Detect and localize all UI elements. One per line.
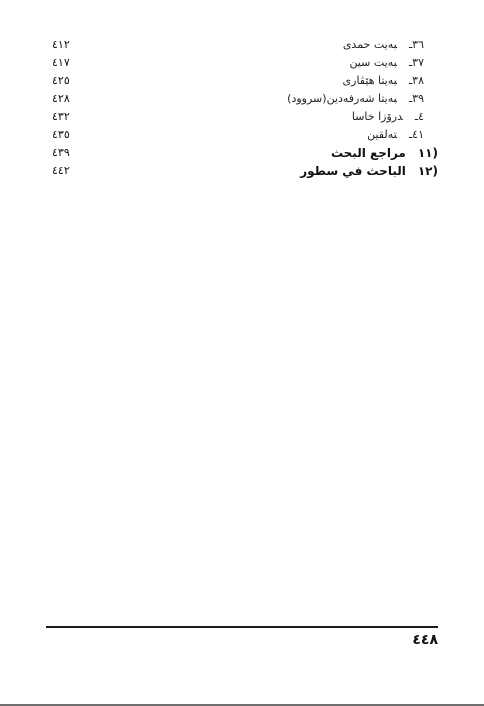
toc-entry-page: ٤٣٩ bbox=[52, 144, 88, 162]
toc-entry-page: ٤٤٢ bbox=[52, 162, 88, 180]
toc-entry-title: ٣٩ـبەیتا شەرفەدین(سروود) bbox=[287, 90, 424, 108]
toc-entry-number: ٤١ـ bbox=[409, 128, 424, 141]
toc-entry-title: (١٢الباحث في سطور bbox=[300, 162, 438, 180]
toc-entry: (١٢الباحث في سطور ٤٤٢ bbox=[52, 162, 438, 180]
footer-rule bbox=[46, 626, 438, 628]
toc-entry-page: ٤٢٥ bbox=[52, 72, 88, 90]
toc-entry-number: (١٢ bbox=[418, 164, 438, 178]
toc-entry-number: ٤ـ bbox=[415, 110, 424, 123]
toc-entry: (١١مراجع البحث ٤٣٩ bbox=[52, 144, 438, 162]
toc-entry: ٤ـدرۆزا خاسا ٤٣٢ bbox=[52, 108, 438, 126]
toc-entry: ٤١ـتەلقین ٤٣٥ bbox=[52, 126, 438, 144]
toc-entry-page: ٤١٢ bbox=[52, 36, 88, 54]
toc-entry-title: ٤١ـتەلقین bbox=[367, 126, 424, 144]
toc-entry-number: ٣٨ـ bbox=[409, 74, 424, 87]
toc-entry-page: ٤٣٢ bbox=[52, 108, 88, 126]
toc-entry-page: ٤٣٥ bbox=[52, 126, 88, 144]
toc-entry-title: ٣٧ـبەیت سین bbox=[349, 54, 424, 72]
toc-entry-title: (١١مراجع البحث bbox=[331, 144, 438, 162]
page-number: ٤٤٨ bbox=[396, 632, 438, 648]
toc-entry: ٣٧ـبەیت سین ٤١٧ bbox=[52, 54, 438, 72]
toc-entry-title: ٣٨ـبەیتا هێڤاری bbox=[343, 72, 424, 90]
toc-entry: ٣٦ـبەیت حمدی ٤١٢ bbox=[52, 36, 438, 54]
table-of-contents: ٣٦ـبەیت حمدی ٤١٢ ٣٧ـبەیت سین ٤١٧ ٣٨ـبەیت… bbox=[52, 36, 438, 180]
toc-entry: ٣٩ـبەیتا شەرفەدین(سروود) ٤٢٨ bbox=[52, 90, 438, 108]
toc-entry-number: (١١ bbox=[418, 146, 438, 160]
toc-entry-number: ٣٧ـ bbox=[409, 56, 424, 69]
document-page: ٣٦ـبەیت حمدی ٤١٢ ٣٧ـبەیت سین ٤١٧ ٣٨ـبەیت… bbox=[0, 0, 484, 704]
toc-entry-number: ٣٦ـ bbox=[409, 38, 424, 51]
toc-entry-page: ٤٢٨ bbox=[52, 90, 88, 108]
toc-entry: ٣٨ـبەیتا هێڤاری ٤٢٥ bbox=[52, 72, 438, 90]
toc-entry-title: ٣٦ـبەیت حمدی bbox=[343, 36, 424, 54]
toc-entry-page: ٤١٧ bbox=[52, 54, 88, 72]
toc-entry-number: ٣٩ـ bbox=[409, 92, 424, 105]
toc-entry-title: ٤ـدرۆزا خاسا bbox=[352, 108, 424, 126]
